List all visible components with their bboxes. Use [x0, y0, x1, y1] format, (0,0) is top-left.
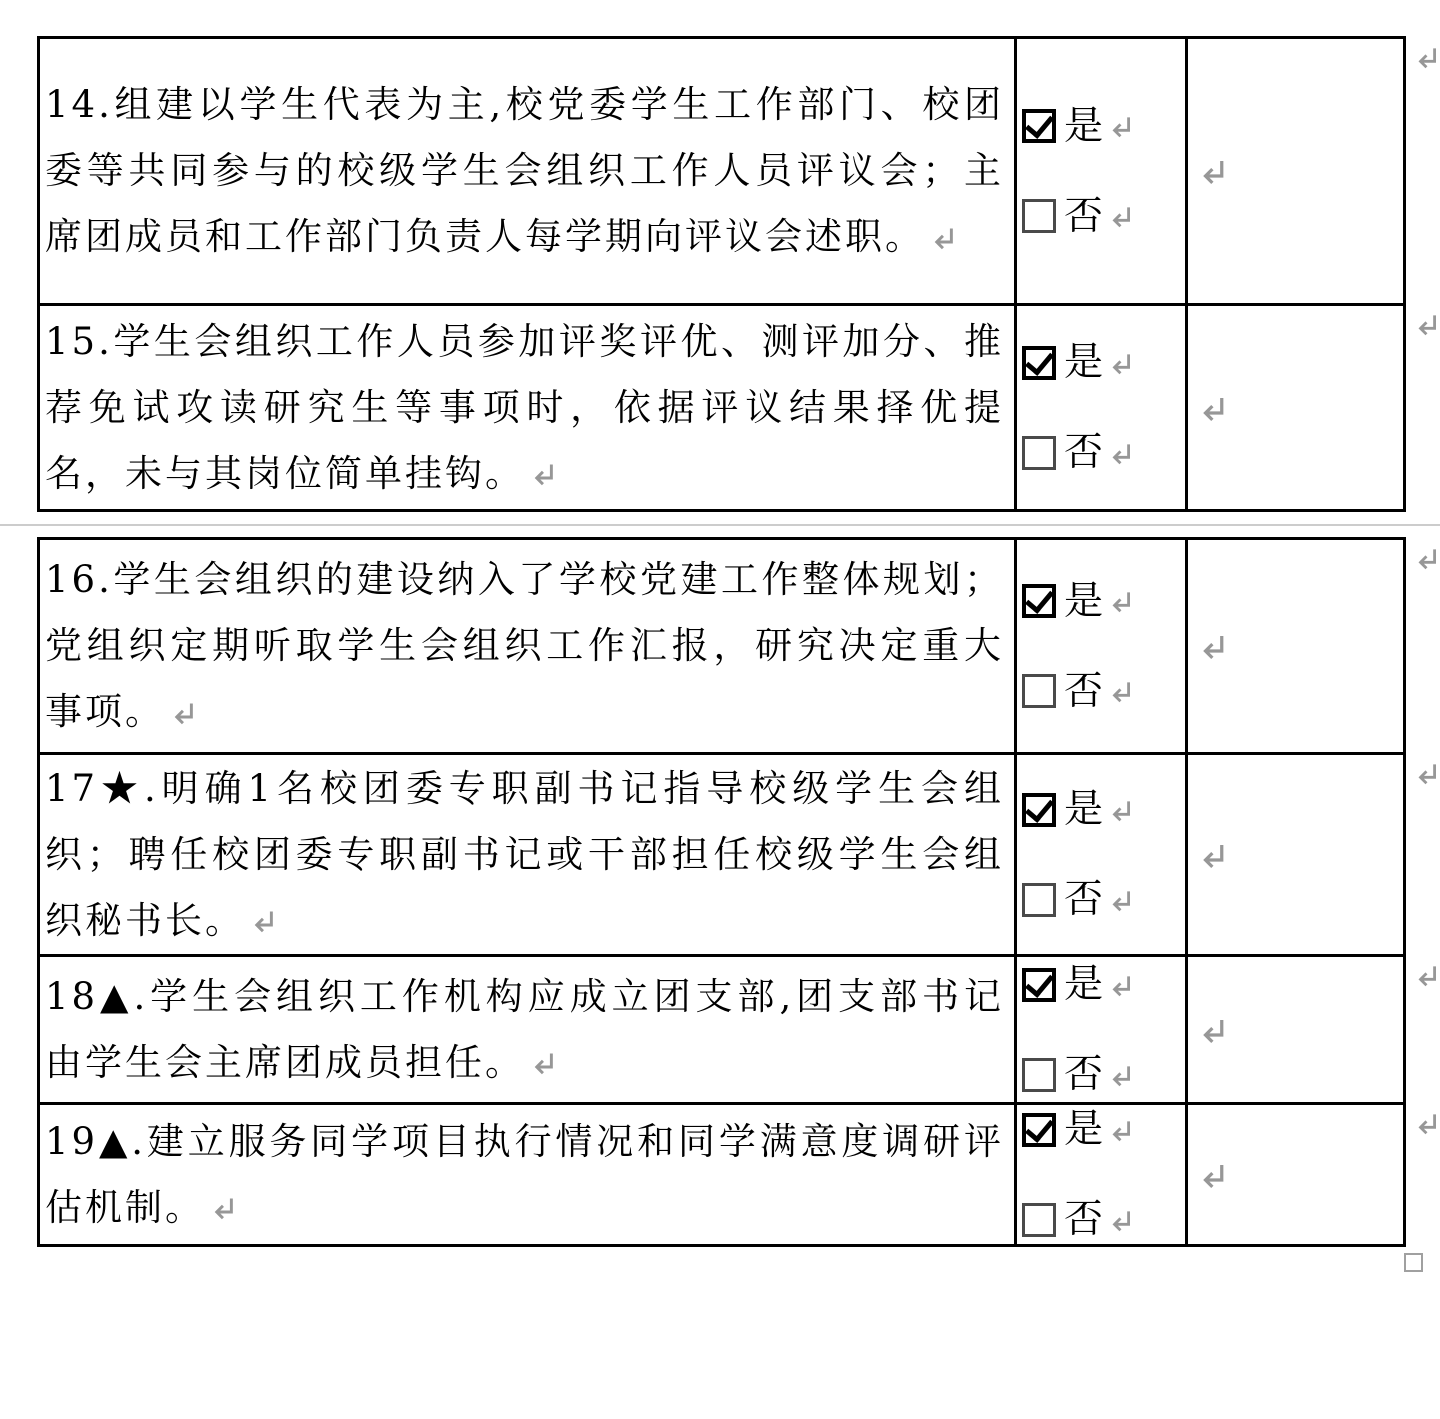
- question-text-line: 党组织定期听取学生会组织工作汇报，研究决定重大: [45, 613, 1004, 679]
- paragraph-mark-icon: [1108, 350, 1134, 376]
- checkbox-checked-icon[interactable]: [1022, 346, 1056, 380]
- end-of-row-mark: [1409, 311, 1440, 341]
- paragraph-mark-icon: [1108, 588, 1134, 614]
- no-label: 否: [1064, 433, 1103, 472]
- check-icon: [1025, 584, 1054, 614]
- question-cell-14: 14.组建以学生代表为主,校党委学生工作部门、校团委等共同参与的校级学生会组织工…: [40, 39, 1017, 306]
- document-page: 14.组建以学生代表为主,校党委学生工作部门、校团委等共同参与的校级学生会组织工…: [0, 0, 1440, 1419]
- paragraph-mark-icon: [1108, 1117, 1134, 1143]
- answer-cell-16: 是否: [1017, 540, 1188, 755]
- checkbox-unchecked-icon[interactable]: [1022, 883, 1056, 917]
- question-text: 事项。: [45, 679, 165, 745]
- question-cell-16: 16.学生会组织的建设纳入了学校党建工作整体规划；党组织定期听取学生会组织工作汇…: [40, 540, 1017, 755]
- question-cell-15: 15.学生会组织工作人员参加评奖评优、测评加分、推荐免试攻读研究生等事项时，依据…: [40, 306, 1017, 509]
- paragraph-mark-icon: [1414, 1110, 1440, 1136]
- end-of-row-mark: [1409, 760, 1440, 790]
- paragraph-mark-icon: [1108, 1207, 1134, 1233]
- yes-label: 是: [1064, 1110, 1103, 1149]
- no-option[interactable]: 否: [1022, 1053, 1185, 1097]
- checkbox-unchecked-icon[interactable]: [1022, 1058, 1056, 1092]
- question-text-line: 14.组建以学生代表为主,校党委学生工作部门、校团: [45, 72, 1004, 138]
- remark-cell-16: [1188, 540, 1403, 755]
- question-text-line: 织；聘任校团委专职副书记或干部担任校级学生会组: [45, 822, 1004, 888]
- end-of-row-mark: [1409, 1110, 1440, 1140]
- paragraph-mark-icon: [1198, 631, 1228, 661]
- question-text-line: 15.学生会组织工作人员参加评奖评优、测评加分、推: [45, 309, 1004, 375]
- answer-cell-15: 是否: [1017, 306, 1188, 509]
- answer-cell-14: 是否: [1017, 39, 1188, 306]
- question-text-line: 18▲.学生会组织工作机构应成立团支部,团支部书记: [45, 964, 1004, 1030]
- answer-cell-18: 是否: [1017, 957, 1188, 1105]
- no-label: 否: [1064, 672, 1103, 711]
- question-text-line: 16.学生会组织的建设纳入了学校党建工作整体规划；: [45, 547, 1004, 613]
- no-option[interactable]: 否: [1022, 669, 1185, 713]
- yes-option[interactable]: 是: [1022, 1108, 1185, 1152]
- checkbox-checked-icon[interactable]: [1022, 584, 1056, 618]
- answer-cell-19: 是否: [1017, 1105, 1188, 1244]
- checklist-table-1: 14.组建以学生代表为主,校党委学生工作部门、校团委等共同参与的校级学生会组织工…: [37, 36, 1406, 512]
- paragraph-mark-icon: [1108, 203, 1134, 229]
- paragraph-mark-icon: [1414, 962, 1440, 988]
- paragraph-mark-icon: [530, 1049, 557, 1076]
- question-cell-19: 19▲.建立服务同学项目执行情况和同学满意度调研评估机制。: [40, 1105, 1017, 1244]
- end-of-table-marker-icon: [1404, 1253, 1423, 1272]
- question-text: 名，未与其岗位简单挂钩。: [45, 441, 525, 507]
- yes-label: 是: [1064, 965, 1103, 1004]
- no-label: 否: [1064, 880, 1103, 919]
- table-split-line: [0, 524, 1440, 526]
- check-icon: [1025, 1112, 1054, 1142]
- question-text: 估机制。: [45, 1175, 205, 1241]
- yes-option[interactable]: 是: [1022, 788, 1185, 832]
- checklist-table-2: 16.学生会组织的建设纳入了学校党建工作整体规划；党组织定期听取学生会组织工作汇…: [37, 537, 1406, 1247]
- question-text: 席团成员和工作部门负责人每学期向评议会述职。: [45, 204, 925, 270]
- question-text: 织秘书长。: [45, 888, 245, 954]
- question-text-line: 委等共同参与的校级学生会组织工作人员评议会；主: [45, 138, 1004, 204]
- paragraph-mark-icon: [1108, 1062, 1134, 1088]
- checkbox-unchecked-icon[interactable]: [1022, 674, 1056, 708]
- remark-cell-19: [1188, 1105, 1403, 1244]
- no-option[interactable]: 否: [1022, 194, 1185, 238]
- question-text-line: 由学生会主席团成员担任。: [45, 1030, 1004, 1096]
- paragraph-mark-icon: [1414, 545, 1440, 571]
- checkbox-unchecked-icon[interactable]: [1022, 436, 1056, 470]
- end-of-row-mark: [1409, 545, 1440, 575]
- paragraph-mark-icon: [1108, 972, 1134, 998]
- yes-label: 是: [1064, 790, 1103, 829]
- paragraph-mark-icon: [1108, 887, 1134, 913]
- paragraph-mark-icon: [1414, 311, 1440, 337]
- question-text: 由学生会主席团成员担任。: [45, 1030, 525, 1096]
- paragraph-mark-icon: [1108, 440, 1134, 466]
- question-text-line: 19▲.建立服务同学项目执行情况和同学满意度调研评: [45, 1109, 1004, 1175]
- question-cell-17: 17★.明确1名校团委专职副书记指导校级学生会组织；聘任校团委专职副书记或干部担…: [40, 755, 1017, 957]
- check-icon: [1025, 792, 1054, 822]
- check-icon: [1025, 109, 1054, 139]
- question-text-line: 估机制。: [45, 1175, 1004, 1241]
- no-label: 否: [1064, 1055, 1103, 1094]
- paragraph-mark-icon: [1198, 840, 1228, 870]
- paragraph-mark-icon: [1198, 1160, 1228, 1190]
- paragraph-mark-icon: [1108, 678, 1134, 704]
- no-label: 否: [1064, 1200, 1103, 1239]
- checkbox-checked-icon[interactable]: [1022, 109, 1056, 143]
- question-text-line: 织秘书长。: [45, 888, 1004, 954]
- checkbox-checked-icon[interactable]: [1022, 1113, 1056, 1147]
- paragraph-mark-icon: [210, 1194, 237, 1221]
- yes-option[interactable]: 是: [1022, 579, 1185, 623]
- check-icon: [1025, 967, 1054, 997]
- checkbox-unchecked-icon[interactable]: [1022, 1203, 1056, 1237]
- paragraph-mark-icon: [1414, 760, 1440, 786]
- checkbox-unchecked-icon[interactable]: [1022, 199, 1056, 233]
- paragraph-mark-icon: [1414, 44, 1440, 70]
- question-cell-18: 18▲.学生会组织工作机构应成立团支部,团支部书记由学生会主席团成员担任。: [40, 957, 1017, 1105]
- remark-cell-15: [1188, 306, 1403, 509]
- paragraph-mark-icon: [530, 460, 557, 487]
- yes-label: 是: [1064, 582, 1103, 621]
- yes-option[interactable]: 是: [1022, 341, 1185, 385]
- yes-label: 是: [1064, 107, 1103, 146]
- remark-cell-14: [1188, 39, 1403, 306]
- check-icon: [1025, 345, 1054, 375]
- checkbox-checked-icon[interactable]: [1022, 968, 1056, 1002]
- paragraph-mark-icon: [170, 699, 197, 726]
- checkbox-checked-icon[interactable]: [1022, 793, 1056, 827]
- no-option[interactable]: 否: [1022, 431, 1185, 475]
- paragraph-mark-icon: [1108, 797, 1134, 823]
- answer-cell-17: 是否: [1017, 755, 1188, 957]
- end-of-row-mark: [1409, 962, 1440, 992]
- paragraph-mark-icon: [930, 224, 957, 251]
- paragraph-mark-icon: [250, 907, 277, 934]
- paragraph-mark-icon: [1198, 393, 1228, 423]
- question-text-line: 席团成员和工作部门负责人每学期向评议会述职。: [45, 204, 1004, 270]
- yes-option[interactable]: 是: [1022, 104, 1185, 148]
- remark-cell-18: [1188, 957, 1403, 1105]
- paragraph-mark-icon: [1198, 156, 1228, 186]
- no-option[interactable]: 否: [1022, 878, 1185, 922]
- question-text-line: 17★.明确1名校团委专职副书记指导校级学生会组: [45, 756, 1004, 822]
- remark-cell-17: [1188, 755, 1403, 957]
- question-text-line: 事项。: [45, 679, 1004, 745]
- yes-label: 是: [1064, 343, 1103, 382]
- no-option[interactable]: 否: [1022, 1198, 1185, 1242]
- paragraph-mark-icon: [1198, 1015, 1228, 1045]
- end-of-row-mark: [1409, 44, 1440, 74]
- yes-option[interactable]: 是: [1022, 963, 1185, 1007]
- paragraph-mark-icon: [1108, 113, 1134, 139]
- no-label: 否: [1064, 197, 1103, 236]
- question-text-line: 名，未与其岗位简单挂钩。: [45, 441, 1004, 507]
- question-text-line: 荐免试攻读研究生等事项时，依据评议结果择优提: [45, 375, 1004, 441]
